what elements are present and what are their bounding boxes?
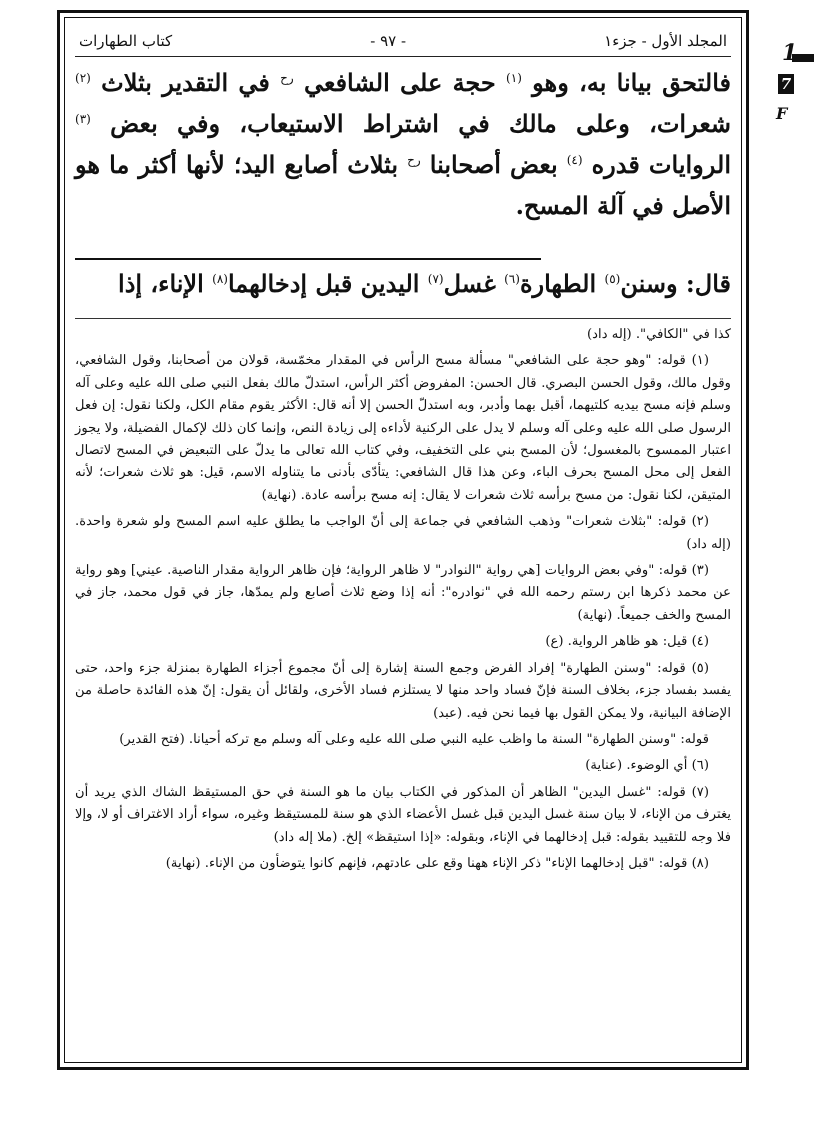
main-text-segment: قدره <box>592 150 640 179</box>
main-commentary-text: فالتحق بيانا به، وهو (١) حجة على الشافعي… <box>75 62 731 226</box>
margin-mark-f: F <box>776 104 787 123</box>
footnote-divider <box>75 318 731 319</box>
footnote-ref-6[interactable]: (٦) <box>504 272 520 286</box>
main-text-segment: فالتحق بيانا به، وهو <box>532 68 731 97</box>
footnote-5-addendum: قوله: "وسنن الطهارة" السنة ما واظب عليه … <box>75 729 731 751</box>
main-text-segment: شعرات، وعلى مالك في اشتراط الاستيعاب، وف… <box>110 109 731 138</box>
page-inner-border: المجلد الأول - جزء١ - ٩٧ - كتاب الطهارات… <box>64 17 742 1063</box>
footnote-2: (٢) قوله: "بثلاث شعرات" وذهب الشافعي في … <box>75 511 731 556</box>
footnote-4: (٤) قيل: هو ظاهر الرواية. (ع) <box>75 631 731 653</box>
footnote-7: (٧) قوله: "غسل اليدين" الظاهر أن المذكور… <box>75 782 731 849</box>
footnote-ref-8[interactable]: (٨) <box>212 272 228 286</box>
margin-mark-bar <box>792 54 814 62</box>
honorific-mark: رح <box>407 153 421 167</box>
footnote-continuation: كذا في "الكافي". (إله داد) <box>75 324 731 346</box>
main-text-segment: في التقدير بثلاث <box>101 68 270 97</box>
footnote-3: (٣) قوله: "وفي بعض الروايات [هي رواية "ا… <box>75 560 731 627</box>
main-text-segment: بعض أصحابنا <box>430 150 558 179</box>
footnote-ref-5[interactable]: (٥) <box>605 272 621 286</box>
footnote-ref-1[interactable]: (١) <box>506 71 522 85</box>
footnote-ref-4[interactable]: (٤) <box>567 153 583 167</box>
book-title: كتاب الطهارات <box>75 32 176 50</box>
main-paragraph: فالتحق بيانا به، وهو (١) حجة على الشافعي… <box>75 62 731 226</box>
page-border: المجلد الأول - جزء١ - ٩٧ - كتاب الطهارات… <box>57 10 749 1070</box>
footnote-8: (٨) قوله: "قبل إدخالهما الإناء" ذكر الإن… <box>75 853 731 875</box>
main-text-segment: الروايات <box>649 150 731 179</box>
matn-segment: الإناء، إذا <box>118 269 204 298</box>
footnote-5: (٥) قوله: "وسنن الطهارة" إفراد الفرض وجم… <box>75 658 731 725</box>
volume-label: المجلد الأول - جزء١ <box>600 32 731 50</box>
footnote-ref-2[interactable]: (٢) <box>75 71 91 85</box>
main-text-segment: حجة على الشافعي <box>304 68 496 97</box>
margin-mark-7: 7 <box>778 74 794 94</box>
margin-mark-1: 1 <box>782 40 797 66</box>
matn-text: قال: وسنن(٥) الطهارة(٦) غسل(٧) اليدين قب… <box>75 262 731 306</box>
honorific-mark: رح <box>280 71 294 85</box>
footnote-ref-7[interactable]: (٧) <box>428 272 444 286</box>
matn-segment: غسل <box>444 269 496 298</box>
footnote-6: (٦) أي الوضوء. (عناية) <box>75 755 731 777</box>
matn-segment: اليدين قبل إدخالهما <box>228 269 419 298</box>
section-divider <box>75 258 541 260</box>
matn-segment: قال: وسنن <box>620 269 731 298</box>
page-number: - ٩٧ - <box>366 32 410 50</box>
running-header: المجلد الأول - جزء١ - ٩٧ - كتاب الطهارات <box>75 26 731 57</box>
footnote-ref-3[interactable]: (٣) <box>75 112 91 126</box>
footnotes-section: كذا في "الكافي". (إله داد) (١) قوله: "وه… <box>75 324 731 879</box>
matn-segment: الطهارة <box>520 269 596 298</box>
footnote-1: (١) قوله: "وهو حجة على الشافعي" مسألة مس… <box>75 350 731 507</box>
